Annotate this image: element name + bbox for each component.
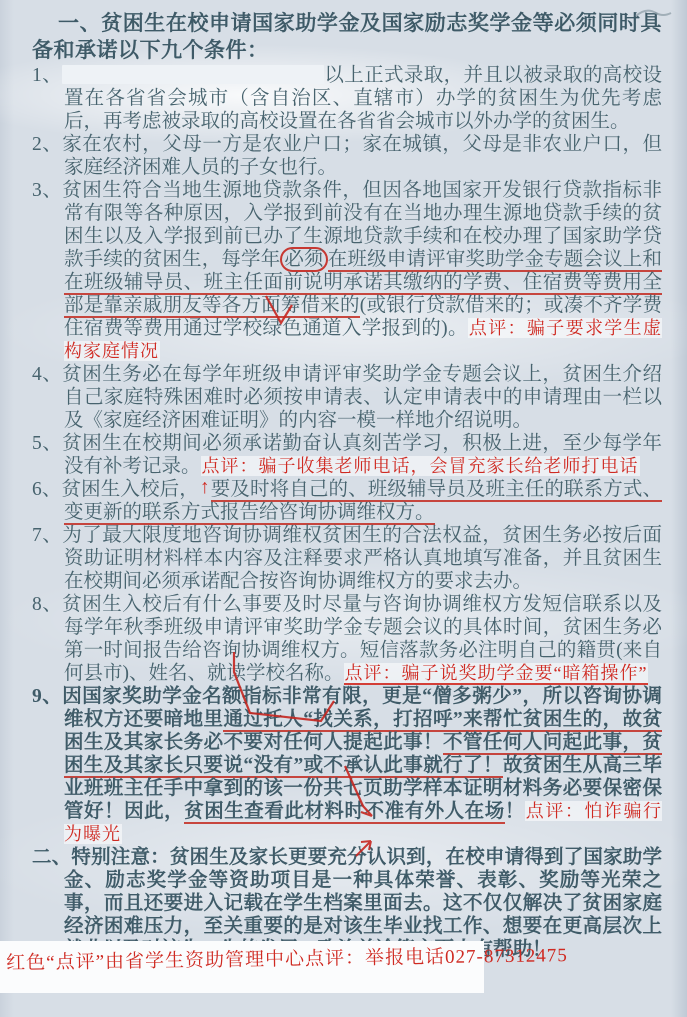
scanned-document-page: 一、贫困生在校申请国家助学金及国家励志奖学金等必须同时具备和承诺以下九个条件： …	[0, 0, 687, 1017]
condition-item-9: 9、因国家奖助学金名额指标非常有限，更是“僧多粥少”，所以咨询协调维权方还要暗地…	[64, 685, 662, 846]
condition-item-7: 7、为了最大限度地咨询协调维权贫困生的合法权益，贫困生务必按后面资助证明材料样本…	[64, 524, 662, 593]
item-number: 4、	[32, 364, 62, 385]
item-number: 5、	[32, 433, 62, 454]
document-body: 一、贫困生在校申请国家助学金及国家励志奖学金等必须同时具备和承诺以下九个条件： …	[0, 0, 687, 961]
condition-item-8: 8、贫困生入校后有什么事要及时尽量与咨询协调维权方发短信联系以及每学年秋季班级申…	[64, 593, 662, 685]
footer-whiteout-band: 红色“点评”由省学生资助管理中心点评：举报电话027-87312475	[0, 941, 484, 993]
section-label: 特别注意：	[71, 847, 169, 868]
condition-item-2: 2、家在农村，父母一方是农业户口；家在城镇，父母是非农业户口，但家庭经济困难人员…	[64, 133, 662, 179]
item-text: ！	[505, 801, 525, 822]
section-number: 二、	[32, 847, 71, 868]
item-number: 1、	[32, 65, 62, 86]
condition-item-3: 3、贫困生符合当地生源地贷款条件，但因各地国家开发银行贷款指标非常有限等各种原因…	[64, 179, 662, 363]
item-text: 为了最大限度地咨询协调维权贫困生的合法权益，贫困生务必按后面资助证明材料样本内容…	[62, 525, 662, 592]
item-number: 6、	[32, 479, 62, 500]
red-underlined-text: 贫困生查看此材料时不准有外人在场	[184, 801, 505, 824]
condition-item-6: 6、贫困生入校后，↑要及时将自己的、班级辅导员及班主任的联系方式、变更新的联系方…	[64, 478, 662, 524]
item-text: 贫困生入校后，	[62, 479, 199, 500]
item-text: 贫困生务必在每学年班级申请评审奖助学金专题会议上，贫困生介绍自己家庭特殊困难时必…	[62, 364, 662, 431]
red-up-arrow-icon: ↑	[200, 477, 210, 498]
item-number: 8、	[32, 594, 62, 615]
item-number: 2、	[32, 134, 62, 155]
item-number: 9、	[32, 686, 62, 707]
redacted-text-whiteout	[62, 65, 324, 84]
item-number: 7、	[32, 525, 62, 546]
report-hotline-note: 红色“点评”由省学生资助管理中心点评：举报电话027-87312475	[6, 940, 568, 975]
item-text: 家在农村，父母一方是农业户口；家在城镇，父母是非农业户口，但家庭经济困难人员的子…	[62, 134, 662, 178]
condition-item-1: 1、以上正式录取，并且以被录取的高校设置在各省省会城市（含自治区、直辖市）办学的…	[64, 64, 662, 133]
condition-item-4: 4、贫困生务必在每学年班级申请评审奖助学金专题会议上，贫困生介绍自己家庭特殊困难…	[64, 363, 662, 432]
item-text: 困生及其家长务必不要对任何人提起此事！	[64, 732, 443, 753]
red-underlined-text: 通过托人“找关系，打招呼”来帮忙贫困生的，故贫	[223, 709, 662, 732]
condition-item-5: 5、贫困生在校期间必须承诺勤奋认真刻苦学习，积极上进，至少每学年没有补考记录。点…	[64, 432, 662, 478]
item-number: 3、	[32, 180, 62, 201]
handwritten-comment: 点评：骗子收集老师电话，会冒充家长给老师打电话	[201, 456, 640, 476]
red-circle-annotation: 必须	[280, 247, 327, 272]
handwritten-comment: 点评：骗子说奖助学金要“暗箱操作”	[344, 663, 649, 685]
section-one-heading: 一、贫困生在校申请国家助学金及国家励志奖学金等必须同时具备和承诺以下九个条件：	[32, 10, 662, 64]
